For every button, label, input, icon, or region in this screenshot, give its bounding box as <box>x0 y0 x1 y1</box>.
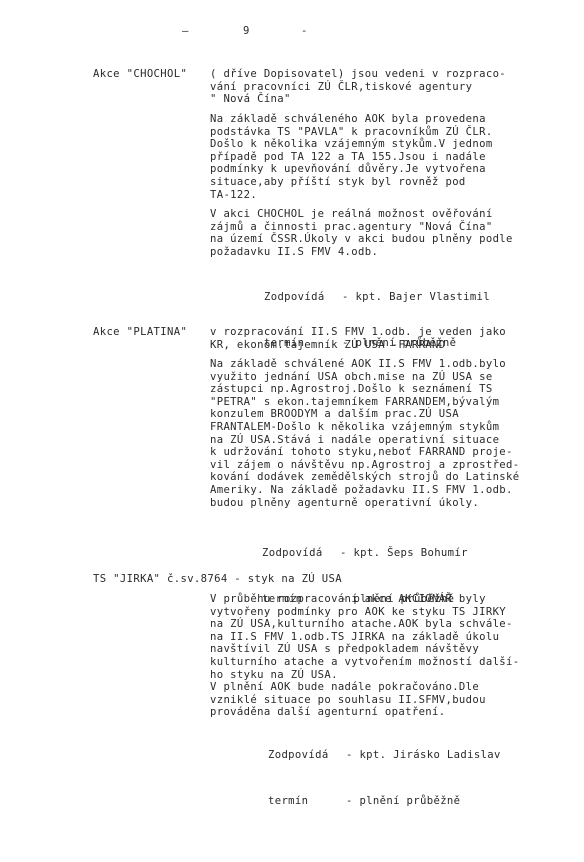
deadline-value: - plnění průběžně <box>346 795 460 807</box>
paragraph-line: V plnění AOK bude nadále pokračováno.Dle <box>210 681 580 694</box>
responsible-label: Zodpovídá <box>262 542 340 564</box>
page-number-dash-left: – <box>182 25 189 37</box>
page-number-value: 9 <box>243 25 250 37</box>
responsible-person: - kpt. Bajer Vlastimil <box>342 291 490 303</box>
paragraph-line: Ameriky. Na základě požadavku II.S FMV 1… <box>210 484 580 497</box>
intro-line: ( dříve Dopisovatel) jsou vedeni v rozpr… <box>210 68 580 81</box>
intro-line: vání pracovníci ZÚ ČLR,tiskové agentury <box>210 81 580 94</box>
responsible-person: - kpt. Šeps Bohumír <box>340 547 468 559</box>
section-paragraph-chochol-1: Na základě schváleného AOK byla proveden… <box>210 113 580 201</box>
intro-line: KR, ekonom.tajemník ZÚ USA -FARRAND <box>210 339 580 352</box>
responsibility-jirka: Zodpovídá- kpt. Jirásko Ladislav termín-… <box>268 720 501 836</box>
paragraph-line: Na základě schváleného AOK byla proveden… <box>210 113 580 126</box>
paragraph-line: "PETRA" s ekon.tajemníkem FARRANDEM,býva… <box>210 396 580 409</box>
paragraph-line: případě pod TA 122 a TA 155.Jsou i nadál… <box>210 151 580 164</box>
paragraph-line: konzulem BROODYM a dalším prac.ZÚ USA <box>210 408 580 421</box>
paragraph-line: kulturního atache a vytvořením možností … <box>210 656 580 669</box>
paragraph-line: požadavku II.S FMV 4.odb. <box>210 246 580 259</box>
paragraph-line: vytvořeny podmínky pro AOK ke styku TS J… <box>210 606 580 619</box>
paragraph-line: zájmů a činnosti prac.agentury "Nová Čín… <box>210 221 580 234</box>
section-paragraph-chochol-2: V akci CHOCHOL je reálná možnost ověřová… <box>210 208 580 258</box>
section-label-chochol: Akce "CHOCHOL" <box>93 68 187 80</box>
intro-line: v rozpracování II.S FMV 1.odb. je veden … <box>210 326 580 339</box>
page-number-dash-right: - <box>301 25 308 37</box>
section-label-platina: Akce "PLATINA" <box>93 326 187 338</box>
paragraph-line: vzniklé situace po souhlasu II.SFMV,budo… <box>210 694 580 707</box>
paragraph-line: vil zájem o návštěvu np.Agrostroj a zpro… <box>210 459 580 472</box>
paragraph-line: situace,aby příští styk byl rovněž pod <box>210 176 580 189</box>
responsible-person: - kpt. Jirásko Ladislav <box>346 749 501 761</box>
paragraph-line: budou plněny agenturně operativní úkoly. <box>210 497 580 510</box>
paragraph-line: navštívil ZÚ USA s předpokladem návštěvy <box>210 643 580 656</box>
section-intro-platina: v rozpracování II.S FMV 1.odb. je veden … <box>210 326 580 351</box>
paragraph-line: podstávka TS "PAVLA" k pracovníkům ZÚ ČL… <box>210 126 580 139</box>
paragraph-line: na území ČSSR.Úkoly v akci budou plněny … <box>210 233 580 246</box>
paragraph-line: na ZÚ USA,kulturního atache.AOK byla sch… <box>210 618 580 631</box>
document-page: – 9 - Akce "CHOCHOL" ( dříve Dopisovatel… <box>0 0 584 862</box>
paragraph-line: prováděna další agenturní opatření. <box>210 706 580 719</box>
paragraph-line: V průběhu rozpracování akce AKCIONÁŘ byl… <box>210 593 580 606</box>
responsible-label: Zodpovídá <box>264 286 342 308</box>
section-paragraph-jirka-1: V průběhu rozpracování akce AKCIONÁŘ byl… <box>210 593 580 719</box>
paragraph-line: TA-122. <box>210 189 580 202</box>
paragraph-line: ho styku na ZÚ USA. <box>210 669 580 682</box>
section-label-jirka: TS "JIRKA" č.sv.8764 - styk na ZÚ USA <box>93 573 342 585</box>
paragraph-line: využito jednání USA obch.mise na ZÚ USA … <box>210 371 580 384</box>
paragraph-line: na II.S FMV 1.odb.TS JIRKA na základě úk… <box>210 631 580 644</box>
paragraph-line: podmínky k upevňování důvěry.Je vytvořen… <box>210 163 580 176</box>
paragraph-line: na ZÚ USA.Stává i nadále operativní situ… <box>210 434 580 447</box>
paragraph-line: Došlo k několika vzájemným stykům.V jedn… <box>210 138 580 151</box>
paragraph-line: kování dodávek zemědělských strojů do La… <box>210 471 580 484</box>
paragraph-line: zástupci np.Agrostroj.Došlo k seznámení … <box>210 383 580 396</box>
paragraph-line: FRANTALEM-Došlo k několika vzájemným sty… <box>210 421 580 434</box>
paragraph-line: V akci CHOCHOL je reálná možnost ověřová… <box>210 208 580 221</box>
paragraph-line: k udržování tohoto styku,neboť FARRAND p… <box>210 446 580 459</box>
responsible-label: Zodpovídá <box>268 744 346 766</box>
section-intro-chochol: ( dříve Dopisovatel) jsou vedeni v rozpr… <box>210 68 580 106</box>
paragraph-line: Na základě schválené AOK II.S FMV 1.odb.… <box>210 358 580 371</box>
deadline-label: termín <box>268 790 346 812</box>
intro-line: " Nová Čína" <box>210 93 580 106</box>
section-paragraph-platina-1: Na základě schválené AOK II.S FMV 1.odb.… <box>210 358 580 509</box>
